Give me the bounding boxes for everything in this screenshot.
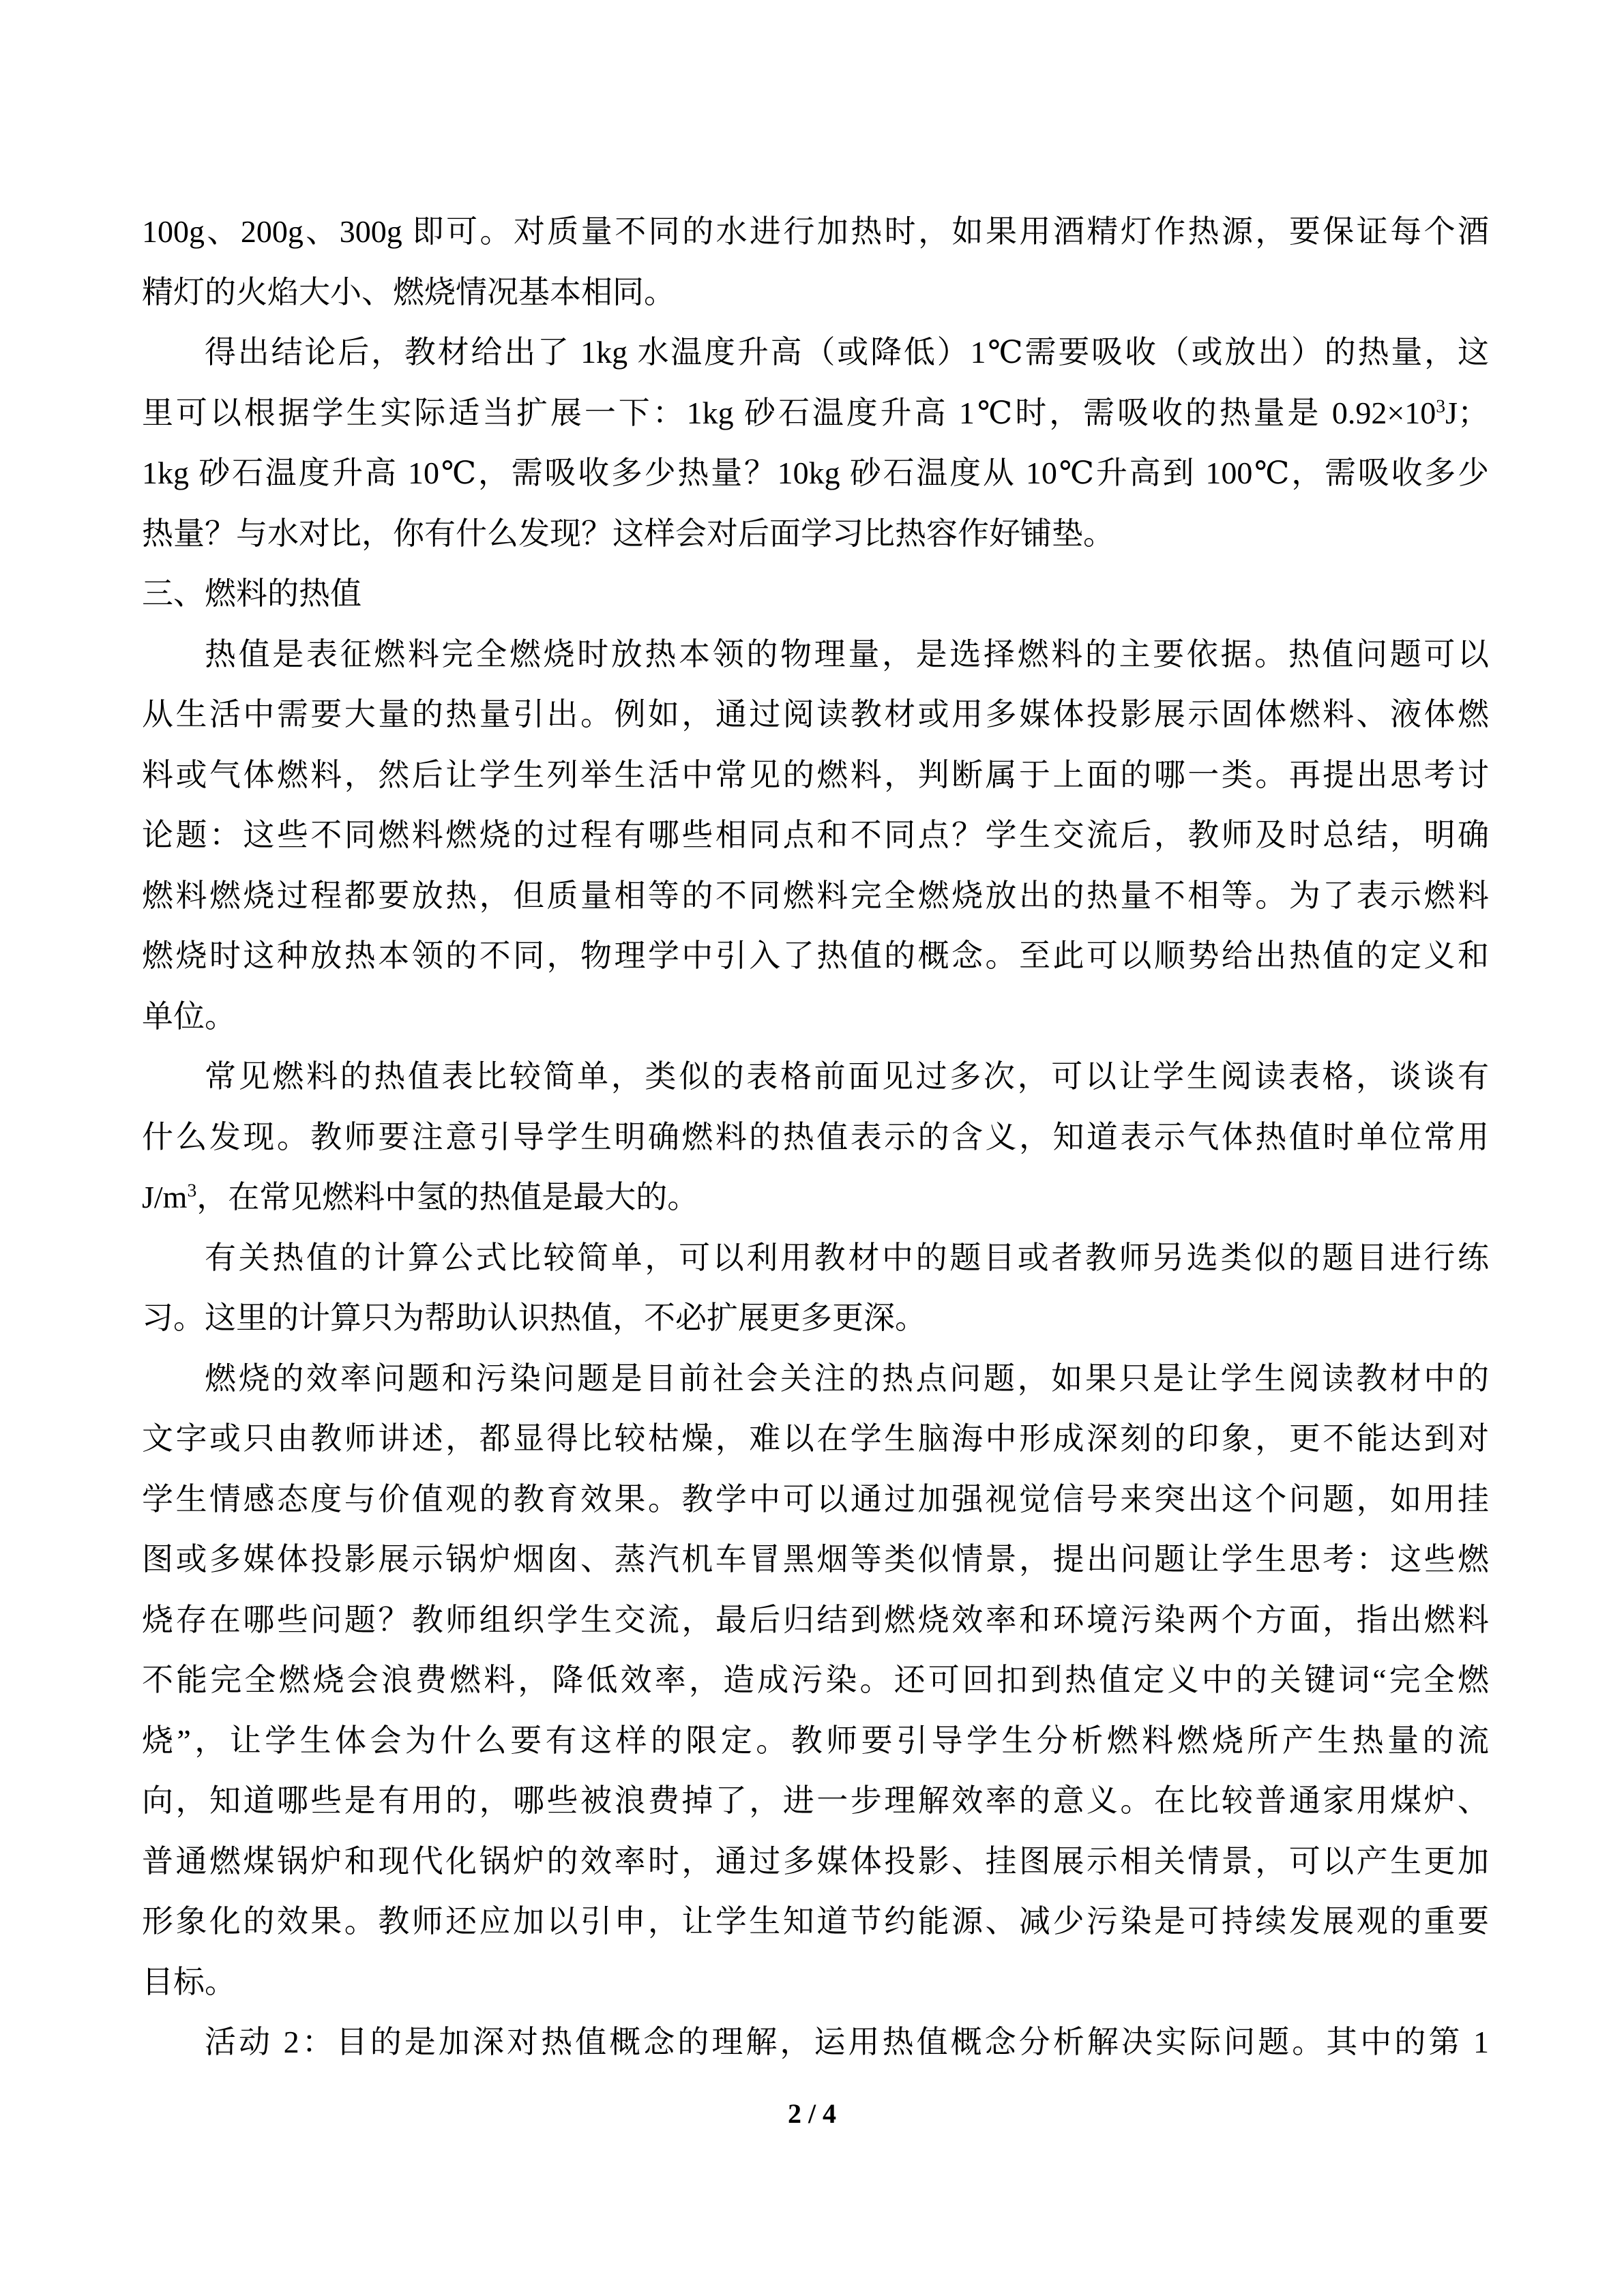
text-line: 燃料燃烧过程都要放热，但质量相等的不同燃料完全燃烧放出的热量不相等。为了表示燃料	[142, 866, 1489, 927]
text-line: 目标。	[142, 1952, 1489, 2013]
text-line: 热量？与水对比，你有什么发现？这样会对后面学习比热容作好铺垫。	[142, 504, 1489, 565]
text-line: 形象化的效果。教师还应加以引申，让学生知道节约能源、减少污染是可持续发展观的重要	[142, 1892, 1489, 1952]
text-line: 文字或只由教师讲述，都显得比较枯燥，难以在学生脑海中形成深刻的印象，更不能达到对	[142, 1409, 1489, 1470]
superscript: 3	[1436, 395, 1445, 416]
text-line: 什么发现。教师要注意引导学生明确燃料的热值表示的含义，知道表示气体热值时单位常用	[142, 1107, 1489, 1168]
text-line: 不能完全燃烧会浪费燃料，降低效率，造成污染。还可回扣到热值定义中的关键词“完全燃	[142, 1650, 1489, 1711]
document-page: 100g、200g、300g 即可。对质量不同的水进行加热时，如果用酒精灯作热源…	[0, 0, 1624, 2296]
text-line: 三、燃料的热值	[142, 564, 1489, 625]
text-line: 料或气体燃料，然后让学生列举生活中常见的燃料，判断属于上面的哪一类。再提出思考讨	[142, 745, 1489, 806]
text-line: 向，知道哪些是有用的，哪些被浪费掉了，进一步理解效率的意义。在比较普通家用煤炉、	[142, 1771, 1489, 1832]
text-line: 普通燃煤锅炉和现代化锅炉的效率时，通过多媒体投影、挂图展示相关情景，可以产生更加	[142, 1832, 1489, 1892]
text-line: 精灯的火焰大小、燃烧情况基本相同。	[142, 263, 1489, 323]
text-line: 燃烧的效率问题和污染问题是目前社会关注的热点问题，如果只是让学生阅读教材中的	[142, 1349, 1489, 1410]
text-line: 学生情感态度与价值观的教育效果。教学中可以通过加强视觉信号来突出这个问题，如用挂	[142, 1470, 1489, 1530]
text-line: 有关热值的计算公式比较简单，可以利用教材中的题目或者教师另选类似的题目进行练	[142, 1228, 1489, 1289]
superscript: 3	[187, 1180, 196, 1201]
text-line: 活动 2：目的是加深对热值概念的理解，运用热值概念分析解决实际问题。其中的第 1	[142, 2012, 1489, 2073]
text-line: J/m3，在常见燃料中氢的热值是最大的。	[142, 1167, 1489, 1228]
text-line: 烧”，让学生体会为什么要有这样的限定。教师要引导学生分析燃料燃烧所产生热量的流	[142, 1711, 1489, 1772]
text-line: 从生活中需要大量的热量引出。例如，通过阅读教材或用多媒体投影展示固体燃料、液体燃	[142, 685, 1489, 745]
text-line: 里可以根据学生实际适当扩展一下：1kg 砂石温度升高 1℃时，需吸收的热量是 0…	[142, 383, 1489, 444]
document-lines: 100g、200g、300g 即可。对质量不同的水进行加热时，如果用酒精灯作热源…	[142, 202, 1489, 2073]
text-line: 论题：这些不同燃料燃烧的过程有哪些相同点和不同点？学生交流后，教师及时总结，明确	[142, 805, 1489, 866]
text-line: 得出结论后，教材给出了 1kg 水温度升高（或降低）1℃需要吸收（或放出）的热量…	[142, 323, 1489, 383]
text-line: 单位。	[142, 987, 1489, 1047]
text-line: 常见燃料的热值表比较简单，类似的表格前面见过多次，可以让学生阅读表格，谈谈有	[142, 1047, 1489, 1107]
text-line: 100g、200g、300g 即可。对质量不同的水进行加热时，如果用酒精灯作热源…	[142, 202, 1489, 263]
text-line: 习。这里的计算只为帮助认识热值，不必扩展更多更深。	[142, 1288, 1489, 1349]
text-line: 烧存在哪些问题？教师组织学生交流，最后归结到燃烧效率和环境污染两个方面，指出燃料	[142, 1590, 1489, 1651]
text-line: 燃烧时这种放热本领的不同，物理学中引入了热值的概念。至此可以顺势给出热值的定义和	[142, 926, 1489, 987]
text-line: 1kg 砂石温度升高 10℃，需吸收多少热量？10kg 砂石温度从 10℃升高到…	[142, 443, 1489, 504]
text-line: 热值是表征燃料完全燃烧时放热本领的物理量，是选择燃料的主要依据。热值问题可以	[142, 625, 1489, 685]
page-number: 2 / 4	[0, 2095, 1624, 2133]
text-line: 图或多媒体投影展示锅炉烟囱、蒸汽机车冒黑烟等类似情景，提出问题让学生思考：这些燃	[142, 1530, 1489, 1590]
